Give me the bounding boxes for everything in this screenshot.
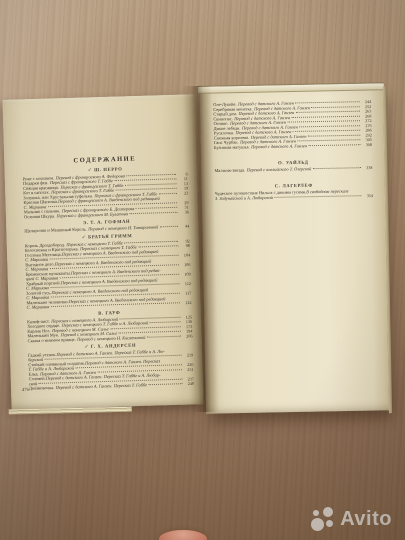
avito-watermark: Avito xyxy=(311,507,392,531)
contents-title: СОДЕРЖАНИЕ xyxy=(22,153,187,165)
pencil-checkmark-icon: ✓ xyxy=(82,234,87,240)
left-page-surface: СОДЕРЖАНИЕ ✓Ш. ПЕРРОРике с хохолком.Пере… xyxy=(2,94,203,410)
folio-page-number: 476 xyxy=(22,387,29,392)
toc-author-name: БРАТЬЯ ГРИММ xyxy=(88,233,132,239)
avito-wordmark: Avito xyxy=(340,508,392,531)
toc-author-name: Э. Т. А. ГОФМАН xyxy=(83,219,130,225)
avito-logo-icon xyxy=(311,507,335,531)
toc-author-name: В. ГАУФ xyxy=(98,310,120,316)
right-page-surface: Оле-Лукойе.Перевод с датского А. Ганзен2… xyxy=(200,88,389,413)
toc-author-name: Г. Х. АНДЕРСЕН xyxy=(91,343,136,349)
pencil-checkmark-icon: ✓ xyxy=(88,167,93,173)
toc-author-name: Ш. ПЕРРО xyxy=(94,166,122,172)
toc-author-name: О. УАЙЛЬД xyxy=(278,160,308,166)
pencil-checkmark-icon: ✓ xyxy=(84,344,89,350)
toc-author-name: С. ЛАГЕРЛЕФ xyxy=(275,183,313,189)
left-toc: ✓Ш. ПЕРРОРике с хохолком.Перевод с франц… xyxy=(23,165,194,391)
right-toc: Оле-Лукойе.Перевод с датского А. Ганзен2… xyxy=(213,100,373,202)
toc-entry: Мальчик-звезда.Перевод с английского Т. … xyxy=(214,165,372,173)
left-page: СОДЕРЖАНИЕ ✓Ш. ПЕРРОРике с хохолком.Пере… xyxy=(2,94,203,410)
fingertip xyxy=(159,530,207,540)
book-photo: СОДЕРЖАНИЕ ✓Ш. ПЕРРОРике с хохолком.Пере… xyxy=(0,0,405,540)
right-page: Оле-Лукойе.Перевод с датского А. Ганзен2… xyxy=(200,88,389,413)
